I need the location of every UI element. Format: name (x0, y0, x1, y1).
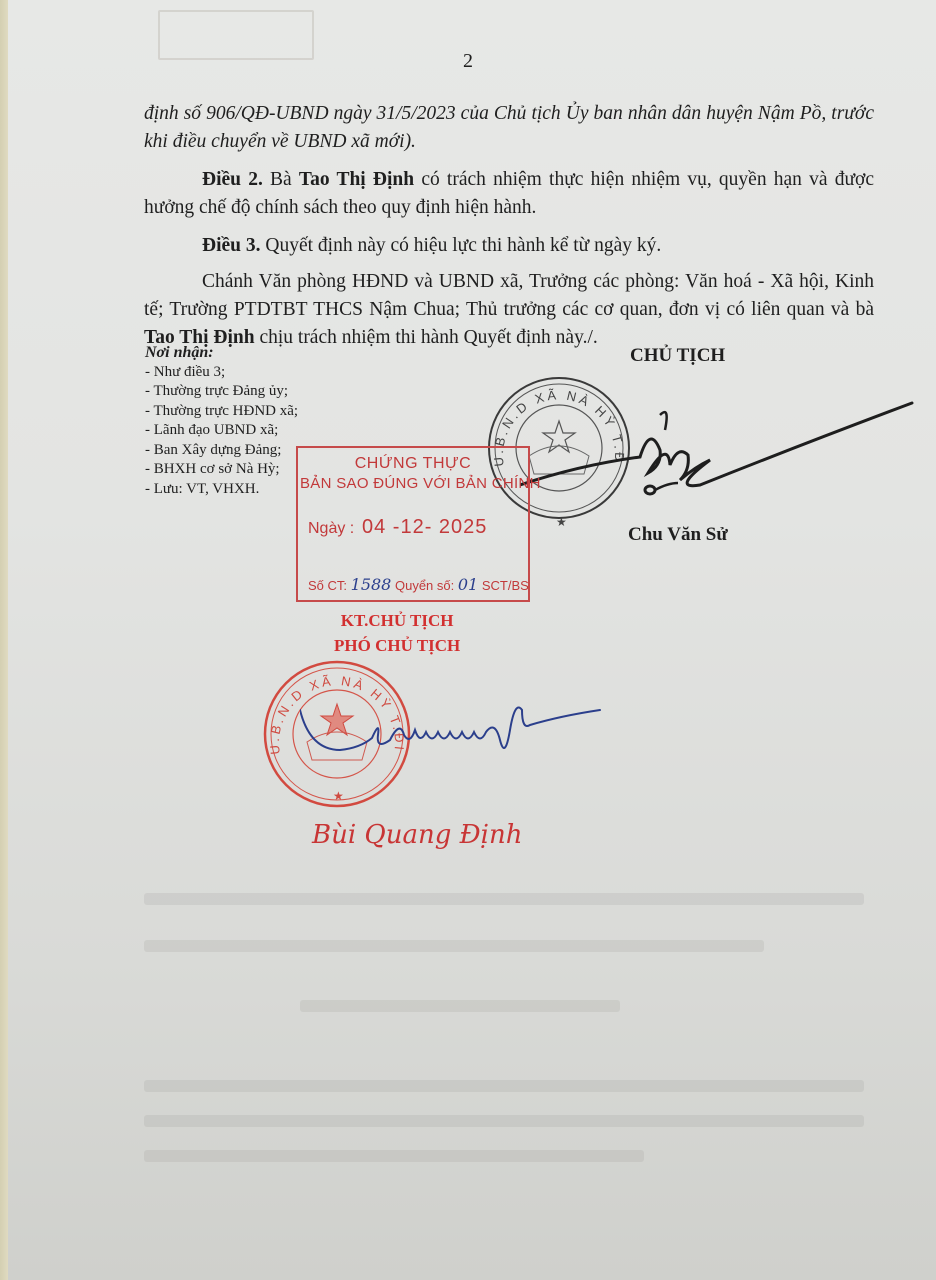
recipient-item: - BHXH cơ sở Nà Hỳ; (145, 460, 298, 480)
vice-signer-title: KT.CHỦ TỊCH PHÓ CHỦ TỊCH (334, 608, 460, 658)
svg-text:★: ★ (333, 789, 344, 803)
cert-date: 04 -12- 2025 (362, 516, 487, 539)
vice-title-line1: KT.CHỦ TỊCH (334, 608, 460, 633)
person-name: Tao Thị Định (299, 169, 414, 190)
book-label: Quyển số: (395, 578, 454, 593)
recipient-item: - Thường trực HĐND xã; (145, 402, 298, 422)
svg-text:★: ★ (556, 515, 567, 529)
document-body: định số 906/QĐ-UBND ngày 31/5/2023 của C… (144, 100, 874, 352)
recipient-item: - Lưu: VT, VHXH. (145, 480, 298, 500)
cert-no-label: Số CT: (308, 578, 347, 593)
bleed-through-line (144, 1115, 864, 1127)
cert-footer: Số CT: 1588 Quyển số: 01 SCT/BS (308, 575, 529, 594)
recipient-item: - Thường trực Đảng ủy; (145, 382, 298, 402)
bleed-through-line (144, 1080, 864, 1092)
bleed-through-line (144, 893, 864, 905)
cert-date-label: Ngày : (308, 520, 354, 538)
article-2-label: Điều 2. (202, 169, 263, 190)
cert-no: 1588 (351, 575, 392, 594)
article-2-text: Bà (263, 169, 299, 190)
signature-vice-chairman (300, 690, 610, 770)
closing-paragraph: Chánh Văn phòng HĐND và UBND xã, Trưởng … (144, 268, 874, 352)
bleed-through-line (144, 940, 764, 952)
closing-text-end: chịu trách nhiệm thi hành Quyết định này… (255, 327, 598, 348)
closing-text: Chánh Văn phòng HĐND và UBND xã, Trưởng … (144, 271, 874, 320)
recipients-block: Nơi nhận: - Như điều 3; - Thường trực Đả… (145, 343, 298, 499)
signer-name: Chu Văn Sử (628, 524, 728, 546)
cert-subtitle: BẢN SAO ĐÚNG VỚI BẢN CHÍNH (300, 475, 541, 492)
recipients-list: - Như điều 3; - Thường trực Đảng ủy; - T… (145, 363, 298, 500)
article-3: Điều 3. Quyết định này có hiệu lực thi h… (144, 232, 874, 260)
signature-chairman (520, 395, 920, 505)
signer-title: CHỦ TỊCH (630, 345, 725, 367)
article-3-label: Điều 3. (202, 235, 261, 256)
recipient-item: - Như điều 3; (145, 363, 298, 383)
article-3-text: Quyết định này có hiệu lực thi hành kể t… (261, 235, 662, 256)
certification-stamp: CHỨNG THỰC BẢN SAO ĐÚNG VỚI BẢN CHÍNH Ng… (296, 446, 530, 602)
recipient-item: - Lãnh đạo UBND xã; (145, 421, 298, 441)
article-2: Điều 2. Bà Tao Thị Định có trách nhiệm t… (144, 166, 874, 222)
cert-title: CHỨNG THỰC (298, 455, 528, 473)
recipients-title: Nơi nhận: (145, 343, 298, 363)
vice-signer-name: Bùi Quang Định (312, 820, 522, 850)
vice-title-line2: PHÓ CHỦ TỊCH (334, 633, 460, 658)
cert-suffix: SCT/BS (482, 578, 529, 593)
bleed-through-line (144, 1150, 644, 1162)
page-number: 2 (0, 50, 936, 73)
recipient-item: - Ban Xây dựng Đảng; (145, 441, 298, 461)
paragraph-continuation: định số 906/QĐ-UBND ngày 31/5/2023 của C… (144, 100, 874, 156)
book-no: 01 (458, 575, 478, 594)
bleed-through-line (300, 1000, 620, 1012)
